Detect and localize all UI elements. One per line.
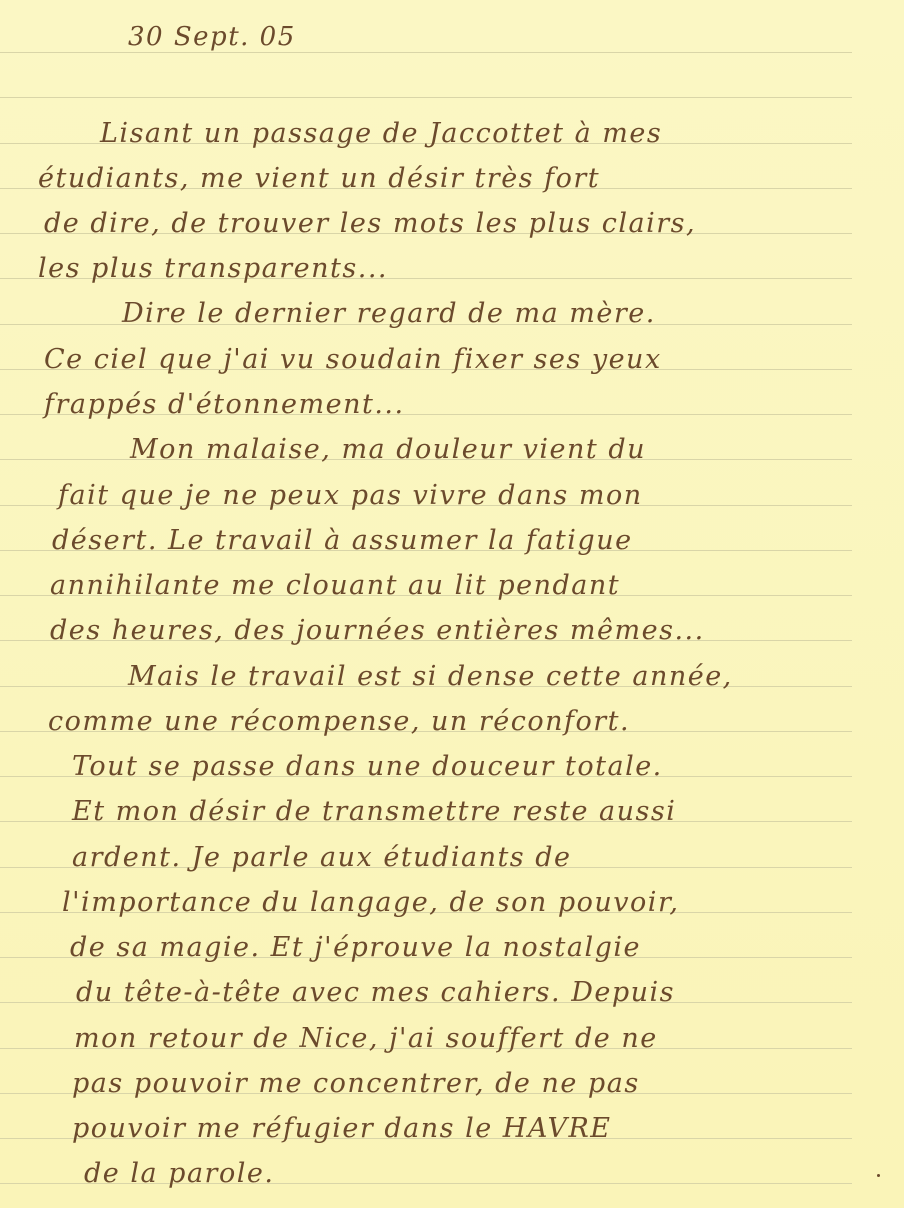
text-line: de sa magie. Et j'éprouve la nostalgie xyxy=(70,934,641,961)
text-line: Mais le travail est si dense cette année… xyxy=(128,663,733,690)
text-line: pouvoir me réfugier dans le HAVRE xyxy=(72,1115,612,1142)
text-line: du tête-à-tête avec mes cahiers. Depuis xyxy=(76,979,675,1006)
rule-line xyxy=(0,97,852,98)
text-line: les plus transparents... xyxy=(38,255,388,282)
notebook-page: 30 Sept. 05 Lisant un passage de Jaccott… xyxy=(0,0,904,1208)
text-line: comme une récompense, un réconfort. xyxy=(48,708,630,735)
rule-line xyxy=(0,52,852,53)
text-line: Lisant un passage de Jaccottet à mes xyxy=(100,120,662,147)
text-line: Ce ciel que j'ai vu soudain fixer ses ye… xyxy=(44,346,662,373)
text-line: désert. Le travail à assumer la fatigue xyxy=(52,527,633,554)
text-line: étudiants, me vient un désir très fort xyxy=(38,165,600,192)
text-line: mon retour de Nice, j'ai souffert de ne xyxy=(74,1025,658,1052)
text-line: pas pouvoir me concentrer, de ne pas xyxy=(72,1070,640,1097)
text-line: frappés d'étonnement... xyxy=(44,391,405,418)
text-line: l'importance du langage, de son pouvoir, xyxy=(62,889,679,916)
text-line: de la parole. xyxy=(84,1160,274,1187)
text-line: annihilante me clouant au lit pendant xyxy=(50,572,620,599)
ink-dot xyxy=(877,1174,880,1177)
text-line: ardent. Je parle aux étudiants de xyxy=(72,844,572,871)
text-line: Et mon désir de transmettre reste aussi xyxy=(72,798,676,825)
text-line: Mon malaise, ma douleur vient du xyxy=(130,436,646,463)
text-line: Dire le dernier regard de ma mère. xyxy=(122,300,656,327)
text-line: des heures, des journées entières mêmes.… xyxy=(50,617,705,644)
entry-date: 30 Sept. 05 xyxy=(128,24,296,50)
text-line: Tout se passe dans une douceur totale. xyxy=(72,753,663,780)
text-line: de dire, de trouver les mots les plus cl… xyxy=(44,210,696,237)
text-line: fait que je ne peux pas vivre dans mon xyxy=(58,482,643,509)
